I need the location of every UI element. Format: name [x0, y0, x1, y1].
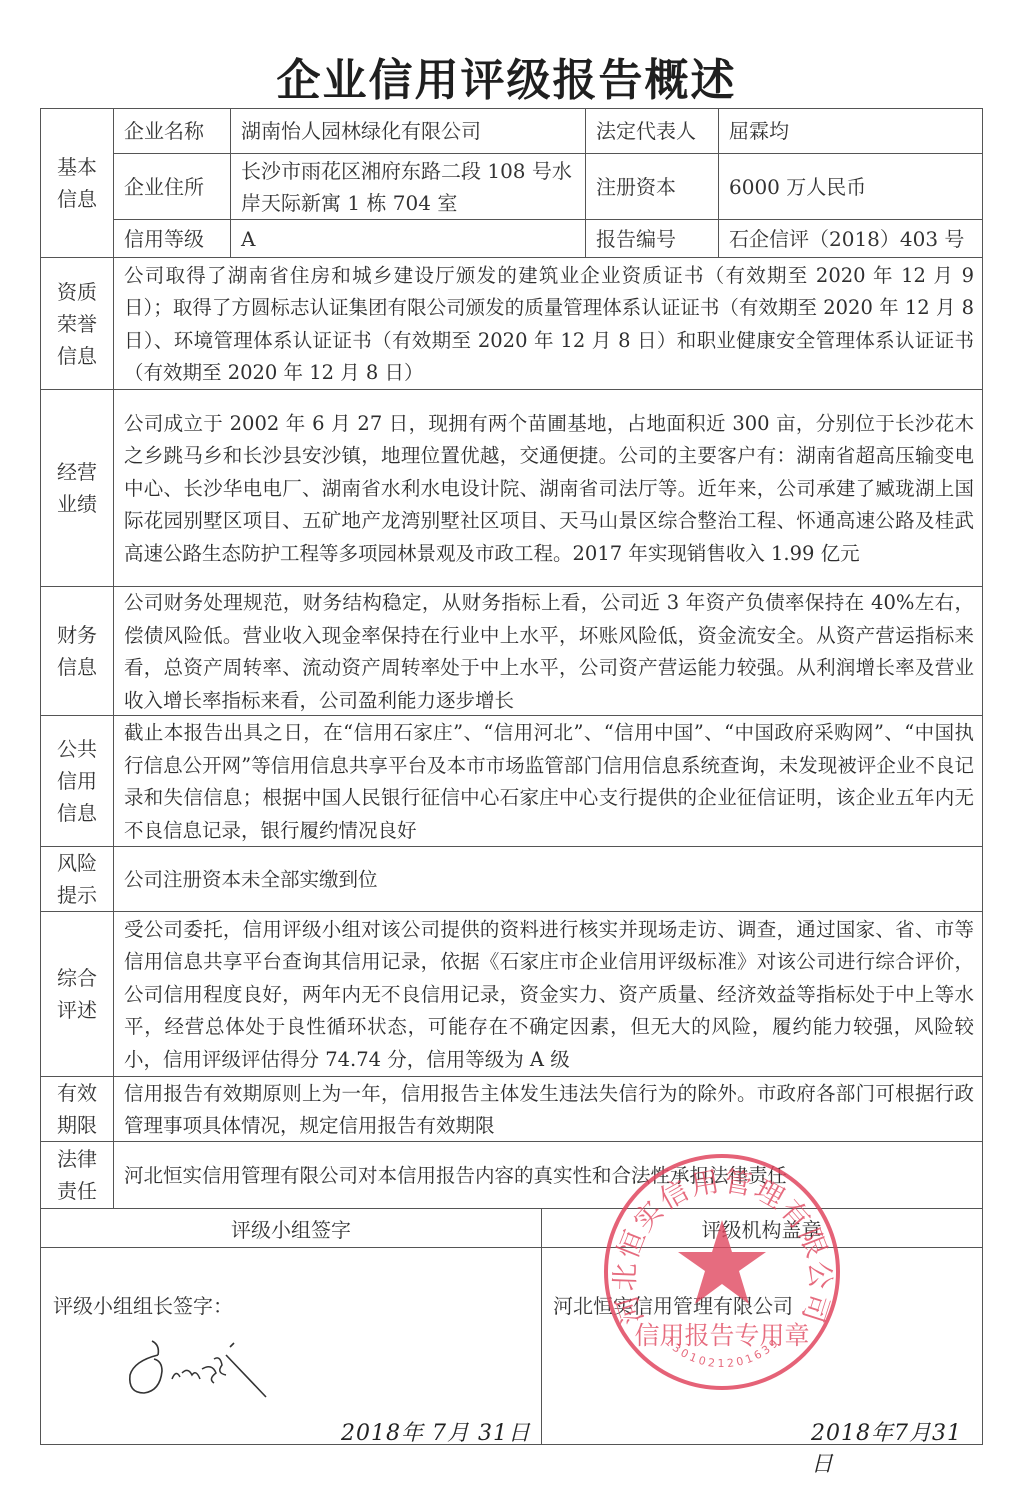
public-credit-section: 公共信用信息 截止本报告出具之日，在“信用石家庄”、“信用河北”、“信用中国”、…: [41, 715, 982, 846]
section-label: 基本信息: [41, 109, 114, 257]
performance-section: 经营业绩 公司成立于 2002 年 6 月 27 日，现拥有两个苗圃基地，占地面…: [41, 389, 982, 586]
report-table: 基本信息 企业名称 湖南怡人园林绿化有限公司 法定代表人 屈霖均 企业住所 长沙…: [40, 108, 983, 1445]
section-text: 河北恒实信用管理有限公司对本信用报告内容的真实性和合法性承担法律责任: [124, 1160, 787, 1193]
credit-rating: A: [231, 220, 586, 257]
section-label: 有效期限: [41, 1077, 114, 1141]
section-text: 公司注册资本未全部实缴到位: [124, 864, 378, 897]
section-text: 公司取得了湖南省住房和城乡建设厅颁发的建筑业企业资质证书（有效期至 2020 年…: [124, 260, 974, 390]
section-text: 信用报告有效期原则上为一年，信用报告主体发生违法失信行为的除外。市政府各部门可根…: [124, 1078, 974, 1143]
rating-team-signature-header: 评级小组签字: [41, 1209, 541, 1247]
report-number: 石企信评（2018）403 号: [719, 220, 982, 257]
field-label: 注册资本: [586, 154, 719, 219]
section-text: 公司成立于 2002 年 6 月 27 日，现拥有两个苗圃基地，占地面积近 30…: [124, 408, 974, 571]
section-label: 资质荣誉信息: [41, 258, 114, 389]
team-leader-label: 评级小组组长签字：: [53, 1290, 233, 1319]
field-label: 企业名称: [114, 109, 231, 153]
agency-sign-date: 2018年7月31日: [811, 1416, 982, 1478]
basic-info-section: 基本信息 企业名称 湖南怡人园林绿化有限公司 法定代表人 屈霖均 企业住所 长沙…: [41, 109, 982, 257]
field-label: 企业住所: [114, 154, 231, 219]
section-text: 受公司委托，信用评级小组对该公司提供的资料进行核实并现场走访、调查，通过国家、省…: [124, 914, 974, 1077]
section-label: 法律责任: [41, 1142, 114, 1208]
legal-section: 法律责任 河北恒实信用管理有限公司对本信用报告内容的真实性和合法性承担法律责任: [41, 1141, 982, 1208]
section-label: 公共信用信息: [41, 716, 114, 846]
section-label: 经营业绩: [41, 390, 114, 586]
basic-row: 企业名称 湖南怡人园林绿化有限公司 法定代表人 屈霖均: [114, 109, 982, 153]
legal-representative: 屈霖均: [719, 109, 982, 153]
section-text: 公司财务处理规范，财务结构稳定，从财务指标上看，公司近 3 年资产负债率保持在 …: [124, 587, 974, 717]
signature-body: 评级小组组长签字： 2018年 7月 31日 河北恒实信用管理有限公司 2018…: [41, 1247, 982, 1444]
field-label: 信用等级: [114, 220, 231, 257]
section-text: 截止本报告出具之日，在“信用石家庄”、“信用河北”、“信用中国”、“中国政府采购…: [124, 717, 974, 847]
summary-section: 综合评述 受公司委托，信用评级小组对该公司提供的资料进行核实并现场走访、调查，通…: [41, 911, 982, 1076]
section-label: 综合评述: [41, 912, 114, 1076]
financial-section: 财务信息 公司财务处理规范，财务结构稳定，从财务指标上看，公司近 3 年资产负债…: [41, 586, 982, 715]
agency-name: 河北恒实信用管理有限公司: [553, 1290, 793, 1319]
qualifications-section: 资质荣誉信息 公司取得了湖南省住房和城乡建设厅颁发的建筑业企业资质证书（有效期至…: [41, 257, 982, 389]
validity-section: 有效期限 信用报告有效期原则上为一年，信用报告主体发生违法失信行为的除外。市政府…: [41, 1076, 982, 1141]
basic-row: 企业住所 长沙市雨花区湘府东路二段 108 号水岸天际新寓 1 栋 704 室 …: [114, 153, 982, 219]
field-label: 报告编号: [586, 220, 719, 257]
company-name: 湖南怡人园林绿化有限公司: [231, 109, 586, 153]
signature-section: 评级小组签字 评级机构盖章 评级小组组长签字： 2018年 7月 31日 河北恒…: [41, 1208, 982, 1444]
section-label: 风险提示: [41, 847, 114, 911]
team-sign-date: 2018年 7月 31日: [341, 1416, 531, 1447]
rating-agency-seal-header: 评级机构盖章: [541, 1209, 982, 1247]
registered-capital: 6000 万人民币: [719, 154, 982, 219]
company-address: 长沙市雨花区湘府东路二段 108 号水岸天际新寓 1 栋 704 室: [231, 154, 586, 219]
page-title: 企业信用评级报告概述: [0, 44, 1013, 108]
section-label: 财务信息: [41, 587, 114, 715]
handwritten-signature-icon: [116, 1333, 276, 1403]
field-label: 法定代表人: [586, 109, 719, 153]
basic-row: 信用等级 A 报告编号 石企信评（2018）403 号: [114, 219, 982, 257]
risk-section: 风险提示 公司注册资本未全部实缴到位: [41, 846, 982, 911]
